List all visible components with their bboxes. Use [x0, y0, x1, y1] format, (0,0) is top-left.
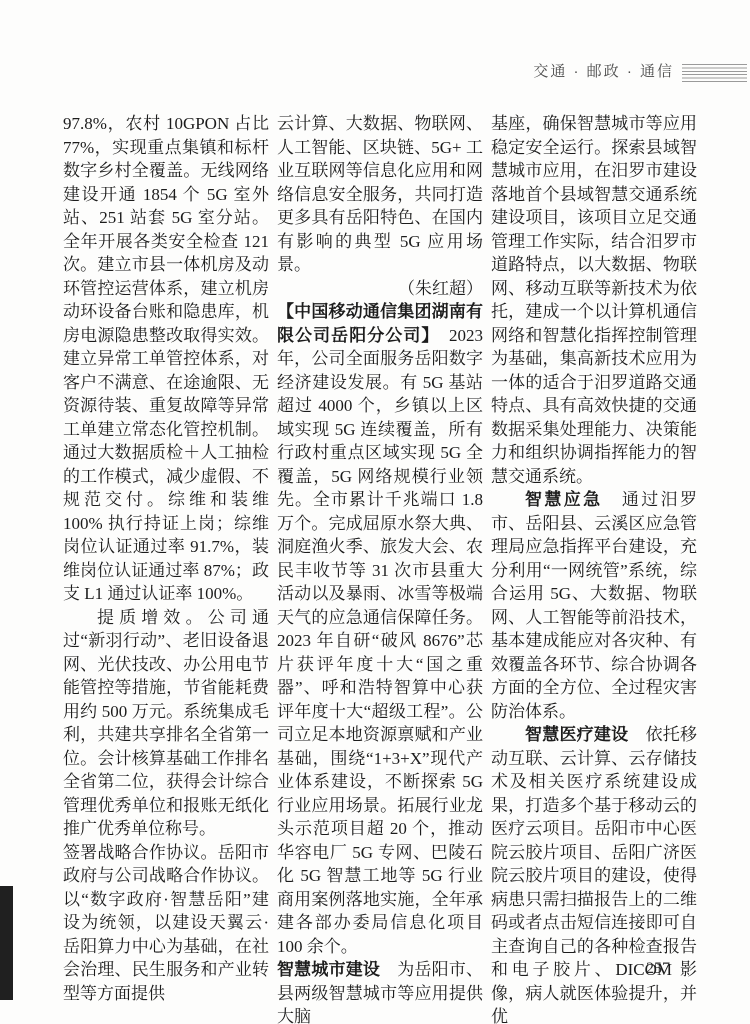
section-header-title: 交通 · 邮政 · 通信 [533, 60, 674, 81]
paragraph-continuation: 97.8%，农村 10GPON 占比 77%，实现重点集镇和标杆数字乡村全覆盖。… [63, 112, 269, 606]
entry-paragraph: 【中国移动通信集团湖南有限公司岳阳分公司】 2023 年，公司全面服务岳阳数字经… [277, 300, 483, 958]
paragraph: 提质增效。公司通过“新羽行动”、老旧设备退网、光伏技改、办公用电节能管控等措施，… [63, 606, 269, 841]
author-attribution: （朱红超） [277, 277, 483, 301]
text-column-3: 基座，确保智慧城市等应用稳定安全运行。探索县域智慧城市应用，在汨罗市建设落地首个… [491, 112, 697, 1024]
header-rule-lines-icon [682, 64, 747, 82]
text-column-1: 97.8%，农村 10GPON 占比 77%，实现重点集镇和标杆数字乡村全覆盖。… [63, 112, 269, 1005]
sub-section-paragraph: 智慧城市建设 为岳阳市、县两级智慧城市等应用提供大脑 [277, 958, 483, 1024]
paragraph: 签署战略合作协议。岳阳市政府与公司战略合作协议。以“数字政府·智慧岳阳”建设为统… [63, 841, 269, 1006]
paragraph-continuation: 云计算、大数据、物联网、人工智能、区块链、5G+ 工业互联网等信息化应用和网络信… [277, 112, 483, 277]
page-edge-index-tab [0, 886, 13, 1000]
yearbook-page: 交通 · 邮政 · 通信 97.8%，农村 10GPON 占比 77%，实现重点… [0, 0, 750, 1024]
sub-section-text: 通过汨罗市、岳阳县、云溪区应急管理局应急指挥平台建设，充分利用“一网统管”系统，… [491, 490, 697, 721]
run-in-heading: 智慧应急 [525, 490, 603, 509]
entry-body-text: 2023 年，公司全面服务岳阳数字经济建设发展。有 5G 基站超过 4000 个… [277, 326, 483, 956]
sub-section-text: 依托移动互联、云计算、云存储技术及相关医疗系统建设成果，打造多个基于移动云的医疗… [491, 725, 697, 1024]
paragraph-continuation: 基座，确保智慧城市等应用稳定安全运行。探索县域智慧城市应用，在汨罗市建设落地首个… [491, 112, 697, 488]
run-in-heading: 智慧医疗建设 [525, 725, 628, 744]
sub-section-paragraph: 智慧应急 通过汨罗市、岳阳县、云溪区应急管理局应急指挥平台建设，充分利用“一网统… [491, 488, 697, 723]
sub-section-paragraph: 智慧医疗建设 依托移动互联、云计算、云存储技术及相关医疗系统建设成果，打造多个基… [491, 723, 697, 1024]
text-column-2: 云计算、大数据、物联网、人工智能、区块链、5G+ 工业互联网等信息化应用和网络信… [277, 112, 483, 1024]
page-number: 257 [646, 960, 670, 978]
run-in-heading: 智慧城市建设 [277, 960, 380, 979]
